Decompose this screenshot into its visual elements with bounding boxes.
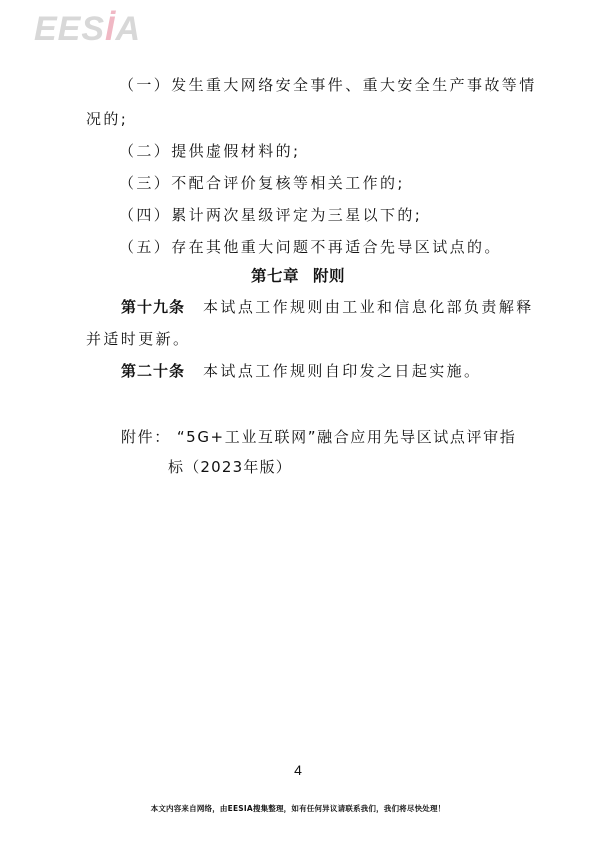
- item-2: （二）提供虚假材料的;: [119, 141, 300, 161]
- attachment-line-2: 标（2023年版）: [168, 457, 292, 477]
- chapter-title: 附则: [313, 267, 345, 285]
- article-20-label: 第二十条: [121, 362, 185, 380]
- item-4: （四）累计两次星级评定为三星以下的;: [119, 205, 422, 225]
- logo-accent: İ: [105, 10, 115, 48]
- logo-text: EES: [34, 10, 105, 48]
- eesia-logo: EESİA: [34, 10, 141, 49]
- article-20: 第二十条本试点工作规则自印发之日起实施。: [121, 361, 481, 381]
- page-number: 4: [0, 762, 596, 778]
- article-19-label: 第十九条: [121, 298, 185, 316]
- article-19-line-2: 并适时更新。: [86, 329, 190, 349]
- item-3: （三）不配合评价复核等相关工作的;: [119, 173, 405, 193]
- attachment-line-1: 附件：“5G+工业互联网”融合应用先导区试点评审指: [121, 427, 516, 447]
- attachment-title: “5G+工业互联网”融合应用先导区试点评审指: [177, 428, 516, 446]
- article-20-text: 本试点工作规则自印发之日起实施。: [203, 362, 481, 380]
- footer-notice: 本文内容来自网络，由EESIA搜集整理，如有任何异议请联系我们，我们将尽快处理！: [0, 803, 596, 814]
- chapter-heading: 第七章附则: [0, 264, 596, 286]
- article-19-line-1: 第十九条本试点工作规则由工业和信息化部负责解释: [121, 297, 534, 317]
- article-19-text: 本试点工作规则由工业和信息化部负责解释: [203, 298, 534, 316]
- item-1-line-2: 况的;: [86, 109, 128, 129]
- logo-tail: A: [116, 10, 142, 48]
- chapter-number: 第七章: [251, 267, 299, 285]
- item-1-line-1: （一）发生重大网络安全事件、重大安全生产事故等情: [119, 75, 537, 95]
- item-5: （五）存在其他重大问题不再适合先导区试点的。: [119, 237, 502, 257]
- attachment-label: 附件：: [121, 428, 171, 446]
